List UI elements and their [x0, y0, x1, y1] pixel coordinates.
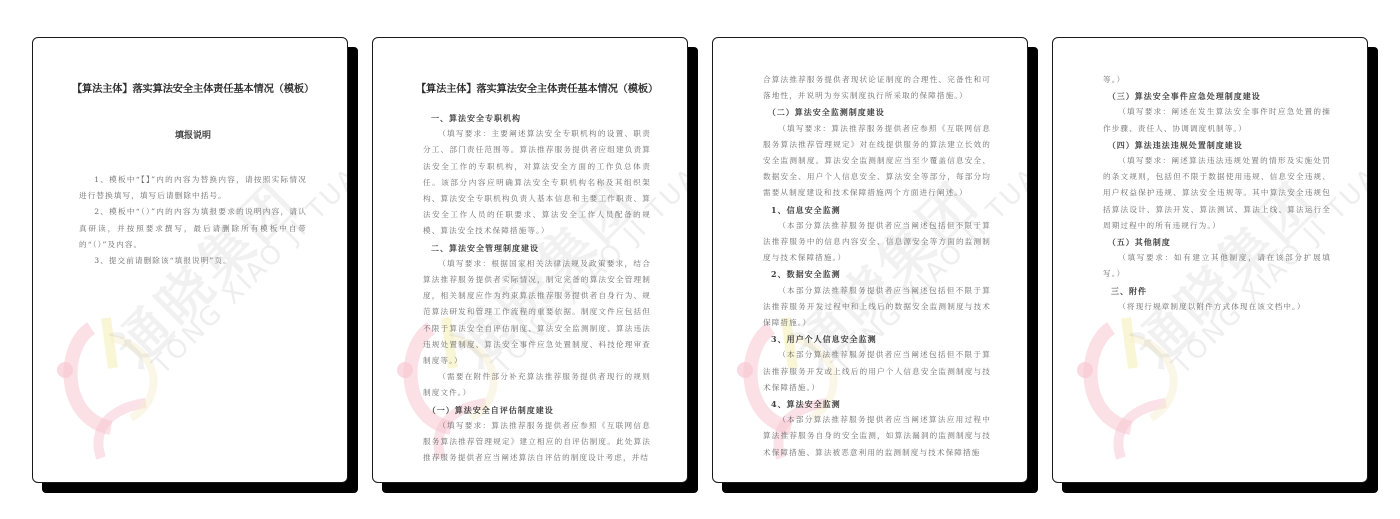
- section-heading: 3、用户个人信息安全监测: [763, 331, 991, 347]
- paragraph: 等。）: [1103, 72, 1331, 88]
- section-heading: 2、数据安全监测: [763, 266, 991, 282]
- page-sheet: 通晓集团 TONG XIAO JI TUAN 【算法主体】落实算法安全主体责任基…: [372, 37, 688, 483]
- subsection-heading: （四）算法违法违规处置制度建设: [1103, 137, 1331, 153]
- paragraph: （填写要求：算法推荐服务提供者应参照《互联网信息服务算法推荐管理规定》对在线提供…: [763, 121, 991, 202]
- section-heading: 4、算法安全监测: [763, 396, 991, 412]
- page-title: 【算法主体】落实算法安全主体责任基本情况（模板）: [61, 80, 325, 95]
- section-heading: 三、附件: [1103, 283, 1331, 299]
- paragraph: （填写要求：算法推荐服务提供者应参照《互联网信息服务算法推荐管理规定》建立相应的…: [423, 418, 651, 467]
- page-sheet: 通晓集团 TONG XIAO JI TUAN 等。） （三）算法安全事件应急处理…: [1052, 37, 1368, 483]
- subsection-heading: （二）算法安全监测制度建设: [763, 104, 991, 120]
- paragraph: 3、提交前请删除该“填报说明”页。: [79, 253, 307, 269]
- paragraph: （填写要求：阐述算法违法违规处置的情形及实施处罚的条文规则，包括但不限于数据使用…: [1103, 153, 1331, 234]
- section-heading: 二、算法安全管理制度建设: [423, 240, 651, 256]
- page-sheet: 通晓集团 TONG XIAO JI TUAN 【算法主体】落实算法安全主体责任基…: [32, 37, 348, 483]
- section-heading: 1、信息安全监测: [763, 202, 991, 218]
- section-heading: 一、算法安全专职机构: [423, 110, 651, 126]
- page-subtitle: 填报说明: [79, 128, 307, 141]
- page-title: 【算法主体】落实算法安全主体责任基本情况（模板）: [405, 80, 669, 95]
- document-page-3: 通晓集团 TONG XIAO JI TUAN 合算法推荐服务提供者现状论证制度的…: [712, 37, 1028, 483]
- paragraph: 1、模板中“【】”内的内容为替换内容，请按照实际情况进行替换填写，填写后请删除中…: [79, 172, 307, 204]
- paragraph: （填写要求：根据国家相关法律法规及政策要求，结合算法推荐服务提供者实际情况，制定…: [423, 256, 651, 369]
- paragraph: （本部分算法推荐服务提供者应当阐述包括但不限于算法推荐服务开发或上线后的用户个人…: [763, 347, 991, 396]
- page-sheet: 通晓集团 TONG XIAO JI TUAN 合算法推荐服务提供者现状论证制度的…: [712, 37, 1028, 483]
- document-page-2: 通晓集团 TONG XIAO JI TUAN 【算法主体】落实算法安全主体责任基…: [372, 37, 688, 483]
- paragraph: （本部分算法推荐服务提供者应当阐述算法应用过程中算法推荐服务自身的安全监测，如算…: [763, 412, 991, 461]
- paragraph: （将现行规章制度以附件方式体现在该文档中。）: [1103, 299, 1331, 315]
- paragraph: （需要在附件部分补充算法推荐服务提供者现行的规则制度文件。）: [423, 369, 651, 401]
- paragraph: （填写要求：阐述在发生算法安全事件时应急处置的操作步骤、责任人、协调调度机制等。…: [1103, 104, 1331, 136]
- paragraph: （填写要求：如有建立其他制度，请在该部分扩展填写。）: [1103, 250, 1331, 282]
- subsection-heading: （三）算法安全事件应急处理制度建设: [1103, 88, 1331, 104]
- paragraph: 2、模板中“（）”内的内容为填报要求的说明内容，请认真研读，并按照要求撰写，最后…: [79, 204, 307, 253]
- document-page-1: 通晓集团 TONG XIAO JI TUAN 【算法主体】落实算法安全主体责任基…: [32, 37, 348, 483]
- paragraph: 合算法推荐服务提供者现状论证制度的合理性、完备性和可落地性，并说明为夯实制度执行…: [763, 72, 991, 104]
- paragraph: （填写要求：主要阐述算法安全专职机构的设置、职责分工、部门责任范围等。算法推荐服…: [423, 126, 651, 239]
- paragraph: （本部分算法推荐服务提供者应当阐述包括但不限于算法推荐服务开发过程中和上线后的数…: [763, 283, 991, 332]
- document-page-4: 通晓集团 TONG XIAO JI TUAN 等。） （三）算法安全事件应急处理…: [1052, 37, 1368, 483]
- subsection-heading: （一）算法安全自评估制度建设: [423, 402, 651, 418]
- paragraph: （本部分算法推荐服务提供者应当阐述包括但不限于算法推荐服务中的信息内容安全、信息…: [763, 218, 991, 267]
- subsection-heading: （五）其他制度: [1103, 234, 1331, 250]
